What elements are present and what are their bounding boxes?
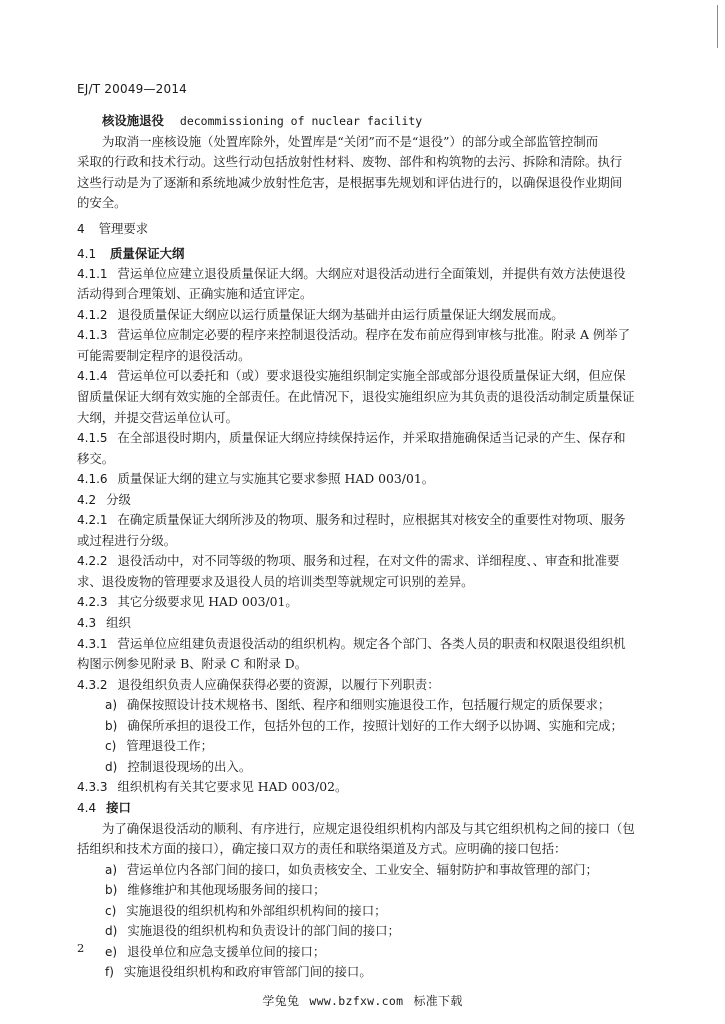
clause-4-3-3: 4.3.3组织机构有关其它要求见 HAD 003/02。 <box>77 777 659 798</box>
list-text: 管理退役工作； <box>126 738 213 753</box>
clause-number: 4.3.3 <box>77 780 108 794</box>
clause-4-1-4: 4.1.4营运单位可以委托和（或）要求退役实施组织制定实施全部或部分退役质量保证… <box>77 366 659 387</box>
list-marker: e) <box>105 945 117 959</box>
clause-number: 4.3.2 <box>77 678 108 692</box>
list-text: 实施退役的组织机构和负责设计的部门间的接口； <box>127 923 400 938</box>
clause-continuation: 移交。 <box>77 449 659 470</box>
clause-number: 4.2.3 <box>77 595 108 609</box>
section-number: 4 <box>77 222 85 236</box>
footer-url-link[interactable]: www.bzfxw.com <box>309 994 403 1008</box>
term-chinese: 核设施退役 <box>102 113 164 128</box>
footer-watermark: 学兔兔 www.bzfxw.com 标准下载 <box>0 992 725 1009</box>
clause-number: 4.1.4 <box>77 369 108 383</box>
list-item: d)控制退役现场的出入。 <box>77 757 659 778</box>
clause-continuation: 求、退役废物的管理要求及退役人员的培训类型等就规定可识别的差异。 <box>77 572 659 593</box>
term-english: decommissioning of nuclear facility <box>180 114 422 128</box>
list-item: a)确保按照设计技术规格书、图纸、程序和细则实施退役工作，包括履行规定的质保要求… <box>77 695 659 716</box>
clause-continuation: 或过程进行分级。 <box>77 531 659 552</box>
section-title: 质量保证大纲 <box>110 246 184 261</box>
clause-text: 组织机构有关其它要求见 HAD 003/02。 <box>118 779 348 794</box>
term-definition-heading: 核设施退役 decommissioning of nuclear facilit… <box>77 111 659 132</box>
clause-text: 退役组织负责人应确保获得必要的资源，以履行下列职责： <box>118 677 440 692</box>
list-marker: d) <box>105 924 117 938</box>
list-marker: c) <box>105 904 116 918</box>
section-title: 接口 <box>106 800 131 815</box>
section-title: 组织 <box>106 615 131 630</box>
clause-text: 营运单位可以委托和（或）要求退役实施组织制定实施全部或部分退役质量保证大纲，但应… <box>118 368 626 383</box>
section-number: 4.3 <box>77 616 96 630</box>
section-number: 4.2 <box>77 493 96 507</box>
list-text: 实施退役的组织机构和外部组织机构间的接口； <box>126 903 386 918</box>
list-item: e)退役单位和应急支援单位间的接口； <box>77 942 659 963</box>
clause-number: 4.1.1 <box>77 267 108 281</box>
clause-number: 4.3.1 <box>77 637 108 651</box>
definition-line: 的安全。 <box>77 193 659 214</box>
list-item: c)实施退役的组织机构和外部组织机构间的接口； <box>77 901 659 922</box>
section-heading-4: 4 管理要求 <box>77 214 659 239</box>
clause-4-1-1: 4.1.1营运单位应建立退役质量保证大纲。大纲应对退役活动进行全面策划，并提供有… <box>77 264 659 285</box>
clause-4-2-1: 4.2.1在确定质量保证大纲所涉及的物项、服务和过程时，应根据其对核安全的重要性… <box>77 510 659 531</box>
clause-text: 退役活动中，对不同等级的物项、服务和过程，在对文件的需求、详细程度、、审查和批准… <box>118 553 620 568</box>
clause-text: 营运单位应组建负责退役活动的组织机构。规定各个部门、各类人员的职责和权限退役组织… <box>118 636 626 651</box>
clause-continuation: 大纲，并提交营运单位认可。 <box>77 408 659 429</box>
definition-line: 这些行动是为了逐渐和系统地减少放射性危害，是根据事先规划和评估进行的，以确保退役… <box>77 173 659 194</box>
clause-4-2-3: 4.2.3其它分级要求见 HAD 003/01。 <box>77 592 659 613</box>
section-number: 4.4 <box>77 801 96 815</box>
list-marker: f) <box>105 965 114 979</box>
footer-slogan: 标准下载 <box>413 994 462 1008</box>
section-title: 分级 <box>106 492 131 507</box>
list-item: b)维修维护和其他现场服务间的接口； <box>77 880 659 901</box>
clause-text: 质量保证大纲的建立与实施其它要求参照 HAD 003/01。 <box>118 471 435 486</box>
clause-number: 4.2.1 <box>77 513 108 527</box>
list-text: 控制退役现场的出入。 <box>127 759 251 774</box>
clause-number: 4.1.6 <box>77 472 108 486</box>
clause-4-1-2: 4.1.2退役质量保证大纲应以运行质量保证大纲为基础并由运行质量保证大纲发展而成… <box>77 305 659 326</box>
list-marker: a) <box>105 863 117 877</box>
clause-text: 营运单位应制定必要的程序来控制退役活动。程序在发布前应得到审核与批准。附录 A … <box>118 327 630 342</box>
document-body: 核设施退役 decommissioning of nuclear facilit… <box>77 111 659 983</box>
clause-text: 在确定质量保证大纲所涉及的物项、服务和过程时，应根据其对核安全的重要性对物项、服… <box>118 512 626 527</box>
scan-edge-mark <box>717 5 718 48</box>
clause-continuation: 构图示例参见附录 B、附录 C 和附录 D。 <box>77 654 659 675</box>
list-text: 实施退役组织机构和政府审管部门间的接口。 <box>124 964 372 979</box>
list-text: 营运单位内各部门间的接口，如负责核安全、工业安全、辐射防护和事故管理的部门； <box>127 862 598 877</box>
definition-line: 采取的行政和技术行动。这些行动包括放射性材料、废物、部件和构筑物的去污、拆除和清… <box>77 152 659 173</box>
clause-number: 4.1.3 <box>77 328 108 342</box>
clause-4-2-2: 4.2.2退役活动中，对不同等级的物项、服务和过程，在对文件的需求、详细程度、、… <box>77 551 659 572</box>
clause-text: 退役质量保证大纲应以运行质量保证大纲为基础并由运行质量保证大纲发展而成。 <box>118 307 564 322</box>
section-heading-4-1: 4.1 质量保证大纲 <box>77 239 659 264</box>
section-number: 4.1 <box>77 247 96 261</box>
list-text: 退役单位和应急支援单位间的接口； <box>127 944 325 959</box>
list-item: d)实施退役的组织机构和负责设计的部门间的接口； <box>77 921 659 942</box>
clause-4-3-1: 4.3.1营运单位应组建负责退役活动的组织机构。规定各个部门、各类人员的职责和权… <box>77 634 659 655</box>
clause-4-1-3: 4.1.3营运单位应制定必要的程序来控制退役活动。程序在发布前应得到审核与批准。… <box>77 325 659 346</box>
footer-site-name: 学兔兔 <box>262 994 299 1008</box>
clause-4-1-5: 4.1.5在全部退役时期内，质量保证大纲应持续保持运作，并采取措施确保适当记录的… <box>77 428 659 449</box>
section-title: 管理要求 <box>99 221 149 236</box>
clause-text: 在全部退役时期内，质量保证大纲应持续保持运作，并采取措施确保适当记录的产生、保存… <box>118 430 626 445</box>
section-heading-4-4: 4.4接口 <box>77 798 659 819</box>
clause-continuation: 可能需要制定程序的退役活动。 <box>77 346 659 367</box>
list-item: b)确保所承担的退役工作，包括外包的工作，按照计划好的工作大纲予以协调、实施和完… <box>77 716 659 737</box>
clause-continuation: 活动得到合理策划、正确实施和适宜评定。 <box>77 284 659 305</box>
list-marker: d) <box>105 760 117 774</box>
paragraph-line: 为了确保退役活动的顺利、有序进行，应规定退役组织机构内部及与其它组织机构之间的接… <box>77 819 659 840</box>
list-item: a)营运单位内各部门间的接口，如负责核安全、工业安全、辐射防护和事故管理的部门； <box>77 860 659 881</box>
list-marker: b) <box>105 719 117 733</box>
list-marker: c) <box>105 739 116 753</box>
standard-code-header: EJ/T 20049—2014 <box>77 82 187 96</box>
clause-number: 4.1.5 <box>77 431 108 445</box>
list-item: c)管理退役工作； <box>77 736 659 757</box>
list-text: 确保所承担的退役工作，包括外包的工作，按照计划好的工作大纲予以协调、实施和完成； <box>127 718 623 733</box>
definition-line: 为取消一座核设施（处置库除外，处置库是“关闭”而不是“退役”）的部分或全部监管控… <box>77 132 659 153</box>
clause-4-1-6: 4.1.6质量保证大纲的建立与实施其它要求参照 HAD 003/01。 <box>77 469 659 490</box>
clause-text: 其它分级要求见 HAD 003/01。 <box>118 594 298 609</box>
clause-4-3-2: 4.3.2退役组织负责人应确保获得必要的资源，以履行下列职责： <box>77 675 659 696</box>
section-heading-4-3: 4.3组织 <box>77 613 659 634</box>
clause-continuation: 留质量保证大纲有效实施的全部责任。在此情况下，退役实施组织应为其负责的退役活动制… <box>77 387 659 408</box>
paragraph-line: 括组织和技术方面的接口），确定接口双方的责任和联络渠道及方式。应明确的接口包括： <box>77 839 659 860</box>
document-page: EJ/T 20049—2014 核设施退役 decommissioning of… <box>0 0 725 1024</box>
list-text: 维修维护和其他现场服务间的接口； <box>127 882 325 897</box>
list-marker: a) <box>105 698 117 712</box>
section-heading-4-2: 4.2分级 <box>77 490 659 511</box>
clause-number: 4.2.2 <box>77 554 108 568</box>
clause-number: 4.1.2 <box>77 308 108 322</box>
list-text: 确保按照设计技术规格书、图纸、程序和细则实施退役工作，包括履行规定的质保要求； <box>127 697 610 712</box>
page-number: 2 <box>77 941 84 955</box>
list-marker: b) <box>105 883 117 897</box>
clause-text: 营运单位应建立退役质量保证大纲。大纲应对退役活动进行全面策划，并提供有效方法使退… <box>118 266 626 281</box>
list-item: f)实施退役组织机构和政府审管部门间的接口。 <box>77 962 659 983</box>
